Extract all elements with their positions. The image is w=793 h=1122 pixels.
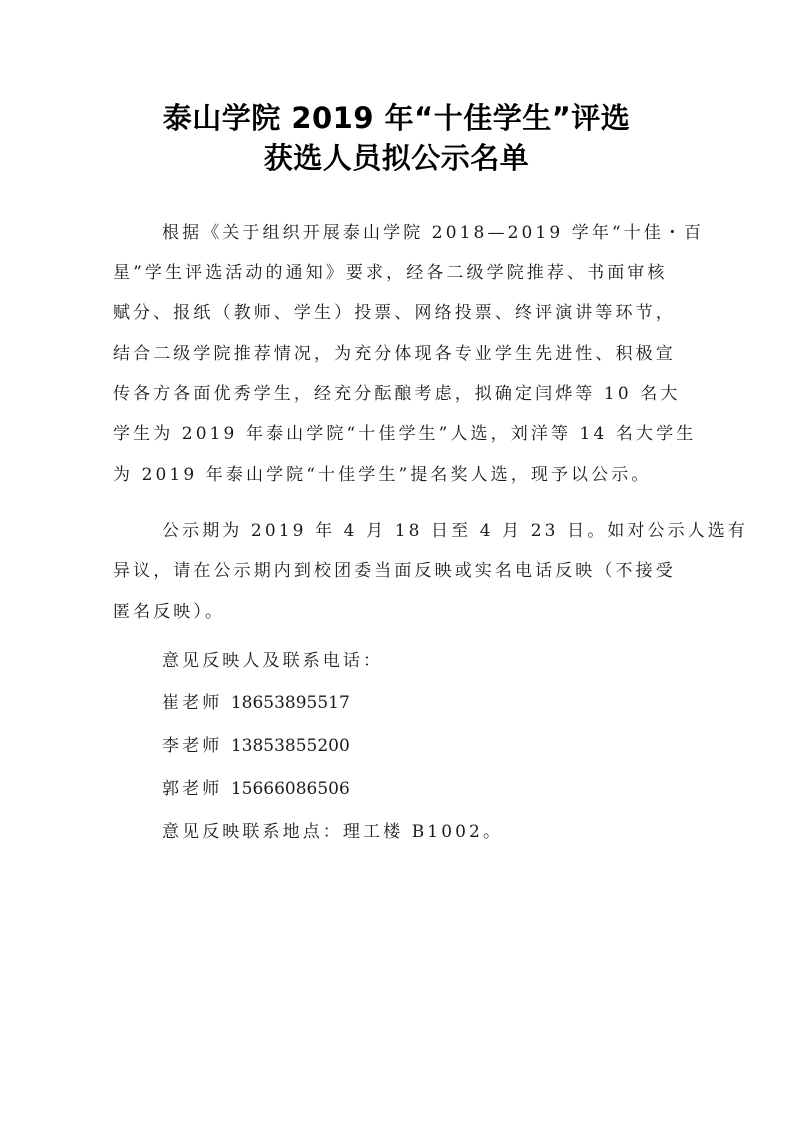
contact-item: 崔老师 18653895517	[162, 688, 688, 713]
paragraph-line: 公示期为 2019 年 4 月 18 日至 4 月 23 日。如对公示人选有	[162, 516, 688, 541]
paragraph-line: 匿名反映）。	[113, 597, 688, 622]
paragraph-line: 赋分、报纸（教师、学生）投票、网络投票、终评演讲等环节，	[113, 298, 688, 323]
contact-heading: 意见反映人及联系电话：	[162, 646, 688, 671]
contact-location: 意见反映联系地点：理工楼 B1002。	[162, 817, 688, 842]
contact-item: 郭老师 15666086506	[162, 774, 688, 799]
paragraph-line: 学生为 2019 年泰山学院“十佳学生”人选，刘洋等 14 名大学生	[113, 419, 688, 444]
paragraph-line: 结合二级学院推荐情况，为充分体现各专业学生先进性、积极宣	[113, 339, 688, 364]
paragraph-line: 异议，请在公示期内到校团委当面反映或实名电话反映（不接受	[113, 556, 688, 581]
paragraph-line: 为 2019 年泰山学院“十佳学生”提名奖人选，现予以公示。	[113, 460, 688, 485]
document-title-line-1: 泰山学院 2019 年“十佳学生”评选	[0, 96, 793, 137]
contact-name: 郭老师	[162, 779, 222, 799]
paragraph-line: 根据《关于组织开展泰山学院 2018—2019 学年“十佳・百	[162, 218, 688, 243]
paragraph-line: 传各方各面优秀学生，经充分酝酿考虑，拟确定闫烨等 10 名大	[113, 379, 688, 404]
contact-phone: 18653895517	[231, 693, 350, 713]
document-title-line-2: 获选人员拟公示名单	[0, 136, 793, 177]
contact-phone: 13853855200	[231, 736, 350, 756]
paragraph-line: 星”学生评选活动的通知》要求，经各二级学院推荐、书面审核	[113, 258, 688, 283]
contact-item: 李老师 13853855200	[162, 731, 688, 756]
contact-phone: 15666086506	[231, 779, 350, 799]
contact-name: 李老师	[162, 736, 222, 756]
document-page: 泰山学院 2019 年“十佳学生”评选 获选人员拟公示名单 根据《关于组织开展泰…	[0, 0, 793, 1122]
contact-name: 崔老师	[162, 693, 222, 713]
